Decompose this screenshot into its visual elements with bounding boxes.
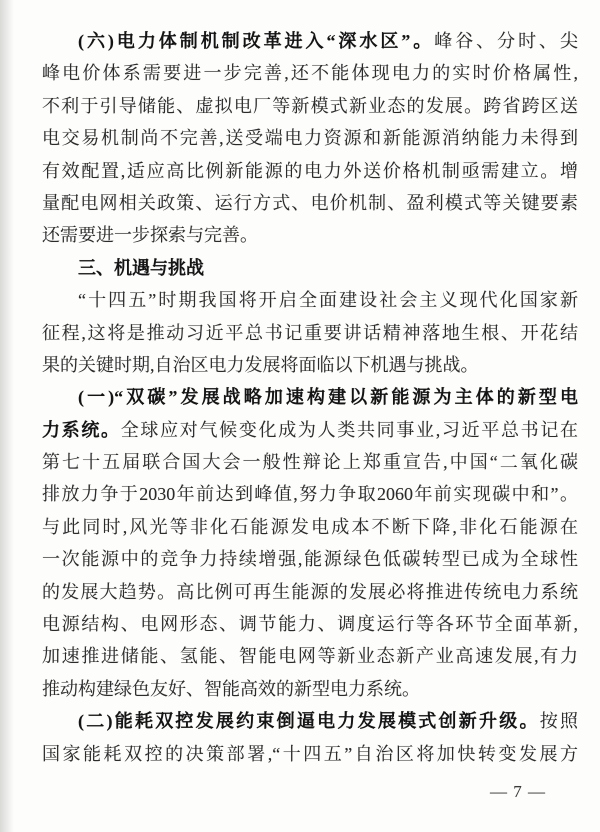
text-run: 不利于引导储能、虚拟电厂等新模式新业态的发展。跨省跨区送 [42, 96, 578, 116]
text-line: 推动构建绿色友好、智能高效的新型电力系统。 [42, 673, 578, 705]
text-run: 与此同时,风光等非化石能源发电成本不断下降,非化石能源在 [42, 517, 578, 537]
text-run: 一次能源中的竞争力持续增强,能源绿色低碳转型已成为全球性 [42, 549, 578, 569]
text-run: 电源结构、电网形态、调节能力、调度运行等各环节全面革新, [42, 614, 578, 634]
text-run: 的发展大趋势。高比例可再生能源的发展必将推进传统电力系统 [42, 582, 578, 602]
text-line: 果的关键时期,自治区电力发展将面临以下机遇与挑战。 [42, 349, 578, 381]
text-line: 国家能耗双控的决策部署,“十四五”自治区将加快转变发展方 [42, 738, 578, 770]
text-line: 加速推进储能、氢能、智能电网等新业态新产业高速发展,有力 [42, 640, 578, 672]
text-run: 果的关键时期,自治区电力发展将面临以下机遇与挑战。 [42, 355, 479, 375]
text-run: 国家能耗双控的决策部署,“十四五”自治区将加快转变发展方 [42, 744, 578, 764]
text-line: (一)“双碳”发展战略加速构建以新能源为主体的新型电 [42, 381, 578, 413]
text-run: 全球应对气候变化成为人类共同事业,习近平总书记在 [121, 420, 578, 440]
text-line: 峰电价体系需要进一步完善,还不能体现电力的实时价格属性, [42, 57, 578, 89]
text-run: 推动构建绿色友好、智能高效的新型电力系统。 [42, 679, 420, 699]
text-run: 还需要进一步探索与完善。 [42, 225, 258, 245]
text-line: 与此同时,风光等非化石能源发电成本不断下降,非化石能源在 [42, 511, 578, 543]
document-page: (六)电力体制机制改革进入“深水区”。峰谷、分时、尖峰电价体系需要进一步完善,还… [0, 0, 600, 770]
text-line: 量配电网相关政策、运行方式、电价机制、盈利模式等关键要素 [42, 187, 578, 219]
text-run: 有效配置,适应高比例新能源的电力外送价格机制亟需建立。增 [42, 161, 578, 181]
text-run: 峰谷、分时、尖 [434, 31, 578, 51]
text-run: 征程,这将是推动习近平总书记重要讲话精神落地生根、开花结 [42, 323, 578, 343]
text-line: (二)能耗双控发展约束倒逼电力发展模式创新升级。按照 [42, 705, 578, 737]
text-run: 峰电价体系需要进一步完善,还不能体现电力的实时价格属性, [42, 63, 578, 83]
text-line: 力系统。全球应对气候变化成为人类共同事业,习近平总书记在 [42, 414, 578, 446]
text-line: 还需要进一步探索与完善。 [42, 219, 578, 251]
text-run: 加速推进储能、氢能、智能电网等新业态新产业高速发展,有力 [42, 646, 578, 666]
bold-text-run: (一)“双碳”发展战略加速构建以新能源为主体的新型电 [78, 387, 578, 407]
text-run: 量配电网相关政策、运行方式、电价机制、盈利模式等关键要素 [42, 193, 578, 213]
text-line: 一次能源中的竞争力持续增强,能源绿色低碳转型已成为全球性 [42, 543, 578, 575]
text-line: 征程,这将是推动习近平总书记重要讲话精神落地生根、开花结 [42, 317, 578, 349]
text-run: “十四五”时期我国将开启全面建设社会主义现代化国家新 [78, 290, 578, 310]
text-line: 三、机遇与挑战 [42, 252, 578, 284]
text-line: 不利于引导储能、虚拟电厂等新模式新业态的发展。跨省跨区送 [42, 90, 578, 122]
text-line: 的发展大趋势。高比例可再生能源的发展必将推进传统电力系统 [42, 576, 578, 608]
text-line: (六)电力体制机制改革进入“深水区”。峰谷、分时、尖 [42, 25, 578, 57]
text-run: 电交易机制尚不完善,送受端电力资源和新能源消纳能力未得到 [42, 128, 578, 148]
document-body: (六)电力体制机制改革进入“深水区”。峰谷、分时、尖峰电价体系需要进一步完善,还… [42, 25, 578, 770]
text-line: 第七十五届联合国大会一般性辩论上郑重宣告,中国“二氧化碳 [42, 446, 578, 478]
text-line: 电源结构、电网形态、调节能力、调度运行等各环节全面革新, [42, 608, 578, 640]
text-line: “十四五”时期我国将开启全面建设社会主义现代化国家新 [42, 284, 578, 316]
text-line: 电交易机制尚不完善,送受端电力资源和新能源消纳能力未得到 [42, 122, 578, 154]
bold-text-run: (二)能耗双控发展约束倒逼电力发展模式创新升级。 [78, 711, 540, 731]
page-number: — 7 — [490, 782, 546, 802]
text-run: 排放力争于2030年前达到峰值,努力争取2060年前实现碳中和”。 [42, 484, 578, 504]
bold-text-run: 三、机遇与挑战 [78, 258, 204, 278]
text-run: 按照 [540, 711, 578, 731]
bold-text-run: (六)电力体制机制改革进入“深水区”。 [78, 31, 434, 51]
text-line: 排放力争于2030年前达到峰值,努力争取2060年前实现碳中和”。 [42, 478, 578, 510]
bold-text-run: 力系统。 [42, 420, 121, 440]
text-run: 第七十五届联合国大会一般性辩论上郑重宣告,中国“二氧化碳 [42, 452, 578, 472]
text-line: 有效配置,适应高比例新能源的电力外送价格机制亟需建立。增 [42, 155, 578, 187]
